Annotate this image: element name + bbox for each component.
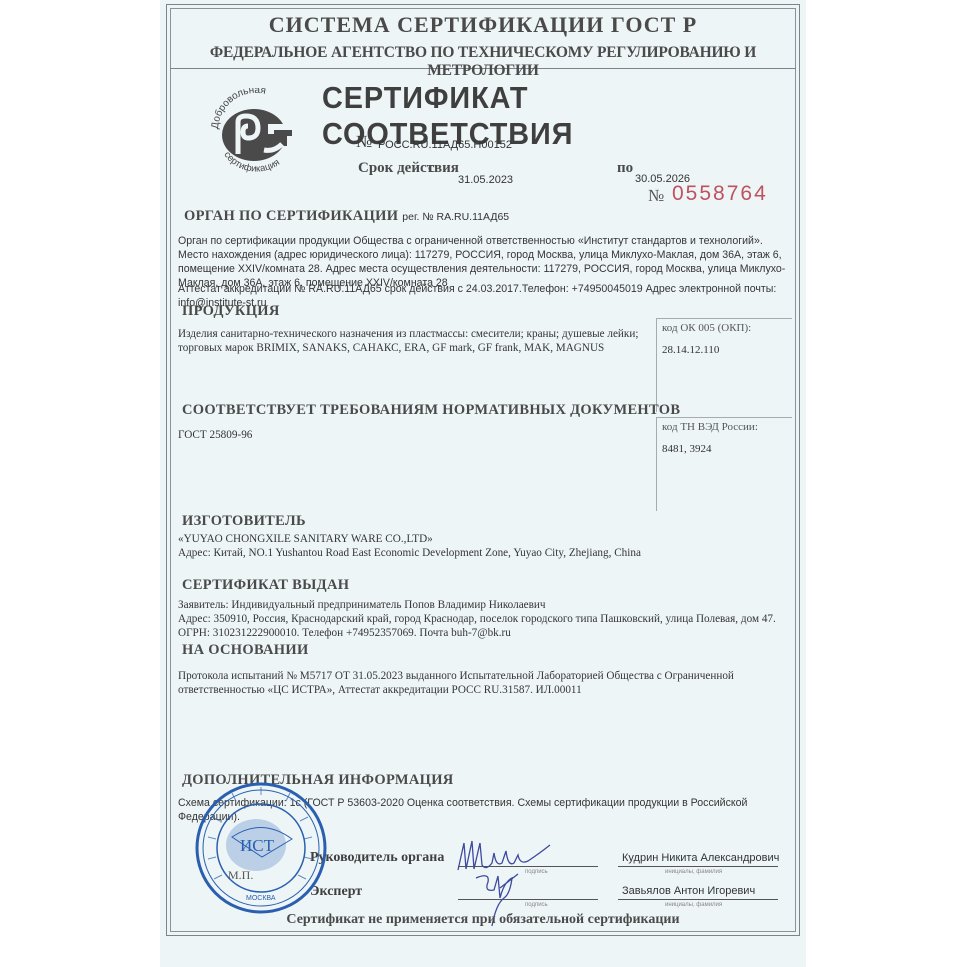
agency-name: ФЕДЕРАЛЬНОЕ АГЕНТСТВО ПО ТЕХНИЧЕСКОМУ РЕ…: [170, 44, 796, 80]
basis-text: Протокола испытаний № М5717 ОТ 31.05.202…: [178, 669, 792, 697]
manufacturer-address: Адрес: Китай, NO.1 Yushantou Road East E…: [178, 546, 792, 560]
stamp-center-text: ИСТ: [240, 836, 275, 855]
system-title: СИСТЕМА СЕРТИФИКАЦИИ ГОСТ Р: [170, 12, 796, 38]
head-name-caption: инициалы, фамилия: [665, 869, 722, 875]
seal-stamp-icon: ИСТ МОСКВА: [192, 777, 330, 919]
number-sign: №: [356, 132, 372, 152]
compliance-text: ГОСТ 25809-96: [178, 428, 252, 442]
serial-number: 0558764: [672, 182, 768, 206]
validity-label: Срок действия: [358, 160, 459, 177]
expert-name-line: [618, 899, 778, 900]
footer-note: Сертификат не применяется при обязательн…: [170, 912, 796, 928]
tnved-code-box: код ТН ВЭД России: 8481, 3924: [656, 417, 792, 511]
tnved-code-value: 8481, 3924: [662, 443, 787, 455]
okp-code-box: код ОК 005 (ОКП): 28.14.12.110: [656, 318, 792, 412]
seal-place-label: М.П.: [228, 868, 253, 883]
head-name: Кудрин Никита Александрович: [622, 852, 779, 864]
manufacturer-heading: ИЗГОТОВИТЕЛЬ: [182, 513, 306, 530]
certification-body-reg: рег. № RA.RU.11АД65: [402, 211, 509, 223]
validity-from-label: с: [428, 160, 435, 177]
applicant-text: Заявитель: Индивидуальный предпринимател…: [178, 598, 792, 612]
certification-body-title: ОРГАН ПО СЕРТИФИКАЦИИ: [184, 208, 398, 224]
head-name-line: [618, 866, 778, 867]
products-heading: ПРОДУКЦИЯ: [182, 303, 280, 320]
manufacturer-name: «YUYAO CHONGXILE SANITARY WARE CO.,LTD»: [178, 532, 433, 546]
okp-code-label: код ОК 005 (ОКП):: [662, 322, 787, 334]
basis-heading: НА ОСНОВАНИИ: [182, 642, 309, 659]
issued-to-heading: СЕРТИФИКАТ ВЫДАН: [182, 577, 349, 594]
tnved-code-label: код ТН ВЭД России:: [662, 421, 787, 433]
products-text: Изделия санитарно-технического назначени…: [178, 327, 640, 355]
expert-name-caption: инициалы, фамилия: [665, 902, 722, 908]
serial-sign: №: [648, 186, 664, 206]
certificate-number: РОСС.RU.11АД65.Н00152: [378, 139, 512, 151]
stamp-city-text: МОСКВА: [246, 895, 276, 902]
certification-body-heading: ОРГАН ПО СЕРТИФИКАЦИИ рег. № RA.RU.11АД6…: [184, 208, 509, 225]
okp-code-value: 28.14.12.110: [662, 344, 787, 356]
head-of-body-label: Руководитель органа: [310, 850, 444, 866]
compliance-heading: СООТВЕТСТВУЕТ ТРЕБОВАНИЯМ НОРМАТИВНЫХ ДО…: [182, 402, 680, 419]
validity-to-label: по: [617, 160, 633, 177]
applicant-address: Адрес: 350910, Россия, Краснодарский кра…: [178, 612, 792, 640]
expert-name: Завьялов Антон Игоревич: [622, 885, 755, 897]
rst-logo-icon: Добровольная сертификация: [208, 88, 304, 180]
validity-date-from: 31.05.2023: [458, 174, 513, 186]
